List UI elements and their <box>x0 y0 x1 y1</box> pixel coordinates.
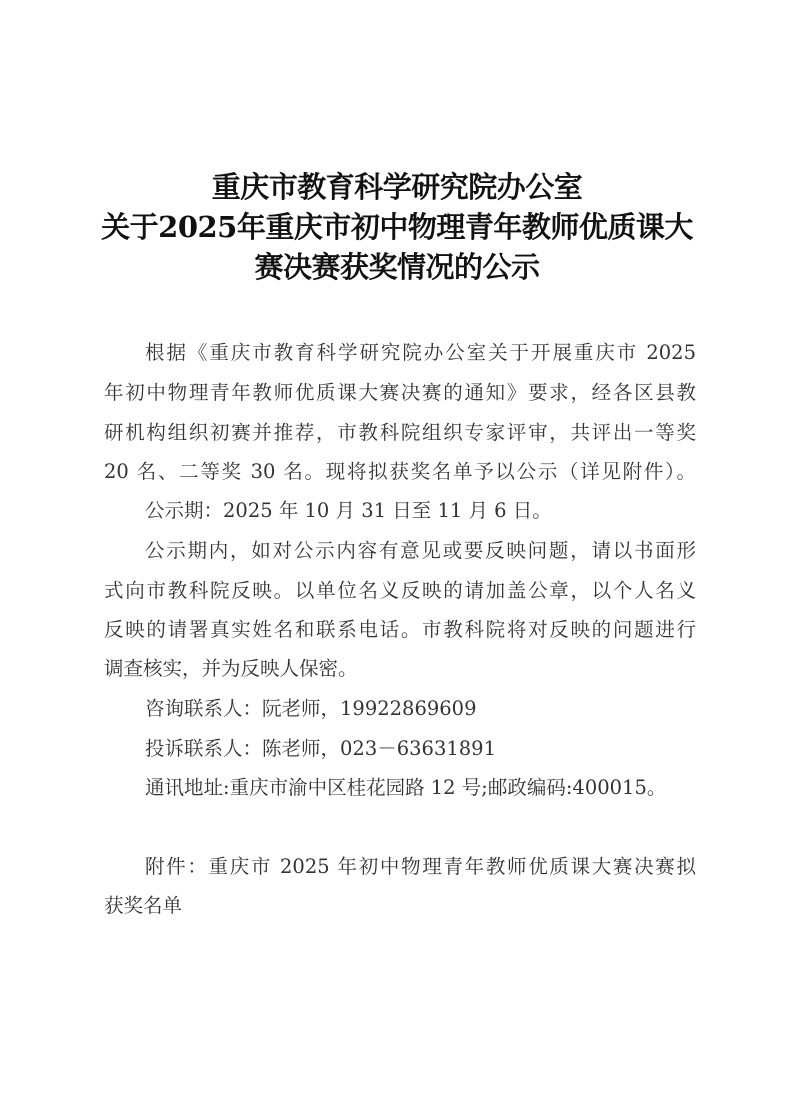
title-line-1: 重庆市教育科学研究院办公室 <box>0 167 794 207</box>
paragraph-basis-line: 年初中物理青年教师优质课大赛决赛的通知》要求，经各区县教 <box>104 379 696 407</box>
document-page: 重庆市教育科学研究院办公室 关于2025年重庆市初中物理青年教师优质课大 赛决赛… <box>0 0 794 1108</box>
mailing-address: 通讯地址:重庆市渝中区桂花园路 12 号;邮政编码:400015。 <box>145 774 696 802</box>
paragraph-basis-line: 20 名、二等奖 30 名。现将拟获奖名单予以公示（详见附件）。 <box>104 458 696 486</box>
paragraph-feedback-line: 公示期内，如对公示内容有意见或要反映问题，请以书面形 <box>145 537 696 565</box>
consult-contact: 咨询联系人：阮老师，19922869609 <box>145 695 696 723</box>
paragraph-feedback-line: 式向市教科院反映。以单位名义反映的请加盖公章，以个人名义 <box>104 577 696 605</box>
paragraph-basis-line: 根据《重庆市教育科学研究院办公室关于开展重庆市 2025 <box>145 339 696 367</box>
paragraph-feedback-line: 调查核实，并为反映人保密。 <box>104 655 696 683</box>
title-line-3: 赛决赛获奖情况的公示 <box>0 247 794 287</box>
complaint-contact: 投诉联系人：陈老师，023－63631891 <box>145 735 696 763</box>
attachment-line: 获奖名单 <box>104 892 696 920</box>
publicity-period: 公示期：2025 年 10 月 31 日至 11 月 6 日。 <box>145 497 696 525</box>
title-line-2: 关于2025年重庆市初中物理青年教师优质课大 <box>0 207 794 247</box>
attachment-line: 附件：重庆市 2025 年初中物理青年教师优质课大赛决赛拟 <box>145 853 696 881</box>
paragraph-feedback-line: 反映的请署真实姓名和联系电话。市教科院将对反映的问题进行 <box>104 616 696 644</box>
paragraph-basis-line: 研机构组织初赛并推荐，市教科院组织专家评审，共评出一等奖 <box>104 419 696 447</box>
